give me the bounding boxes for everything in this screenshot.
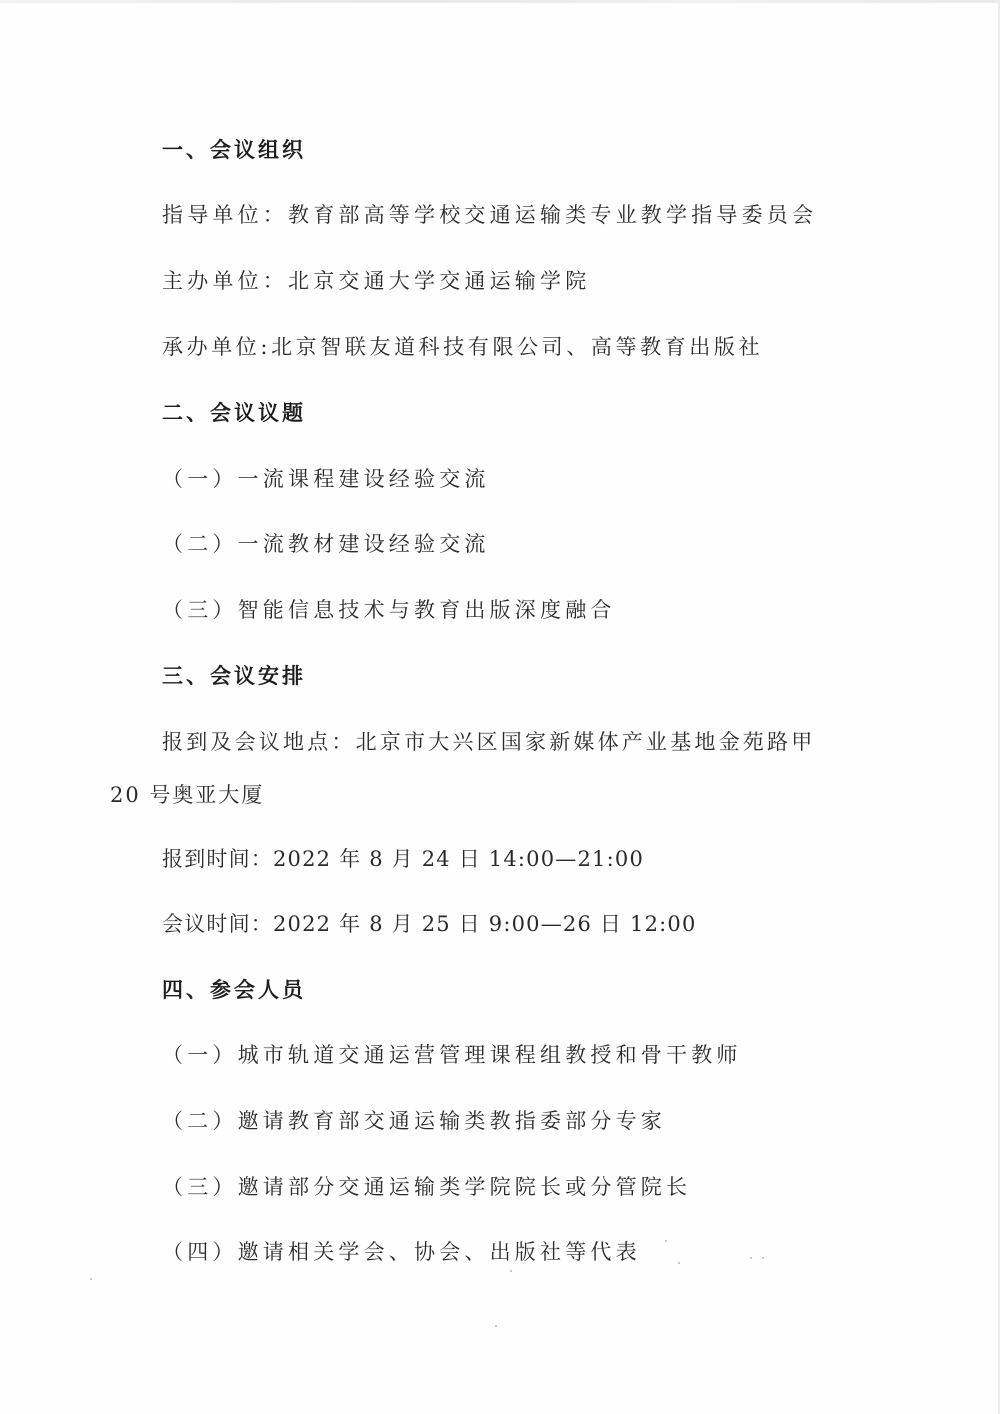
section-heading-attendees: 四、参会人员 bbox=[162, 976, 306, 1004]
scan-speck bbox=[762, 1257, 764, 1259]
scan-speck bbox=[510, 1270, 512, 1272]
attendee-item-1: （一）城市轨道交通运营管理课程组教授和骨干教师 bbox=[162, 1041, 742, 1069]
scan-speck bbox=[665, 1240, 667, 1242]
scan-speck bbox=[90, 1278, 92, 1280]
attendee-item-4: （四）邀请相关学会、协会、出版社等代表 bbox=[162, 1238, 641, 1266]
attendee-item-2: （二）邀请教育部交通运输类教指委部分专家 bbox=[162, 1107, 666, 1135]
scan-speck bbox=[495, 1325, 497, 1327]
attendee-item-3: （三）邀请部分交通运输类学院院长或分管院长 bbox=[162, 1173, 691, 1201]
scan-speck bbox=[750, 1257, 752, 1259]
document-page: 一、会议组织 指导单位：教育部高等学校交通运输类专业教学指导委员会 主办单位：北… bbox=[0, 0, 1000, 1414]
scan-top-edge bbox=[0, 0, 1000, 3]
venue-line-continued: 20 号奥亚大厦 bbox=[110, 781, 264, 809]
venue-line: 报到及会议地点：北京市大兴区国家新媒体产业基地金苑路甲 bbox=[162, 728, 815, 756]
section-heading-organization: 一、会议组织 bbox=[162, 136, 306, 164]
meeting-time-line: 会议时间：2022 年 8 月 25 日 9:00—26 日 12:00 bbox=[162, 910, 697, 938]
topic-item-2: （二）一流教材建设经验交流 bbox=[162, 530, 490, 558]
section-heading-arrangement: 三、会议安排 bbox=[162, 662, 306, 690]
registration-time-line: 报到时间：2022 年 8 月 24 日 14:00—21:00 bbox=[162, 845, 644, 873]
organizer-unit-line: 承办单位:北京智联友道科技有限公司、高等教育出版社 bbox=[162, 333, 763, 361]
scan-speck bbox=[678, 1262, 680, 1264]
host-unit-line: 主办单位：北京交通大学交通运输学院 bbox=[162, 267, 590, 295]
guiding-unit-line: 指导单位：教育部高等学校交通运输类专业教学指导委员会 bbox=[162, 201, 817, 229]
section-heading-topics: 二、会议议题 bbox=[162, 399, 306, 427]
topic-item-1: （一）一流课程建设经验交流 bbox=[162, 465, 490, 493]
topic-item-3: （三）智能信息技术与教育出版深度融合 bbox=[162, 596, 616, 624]
